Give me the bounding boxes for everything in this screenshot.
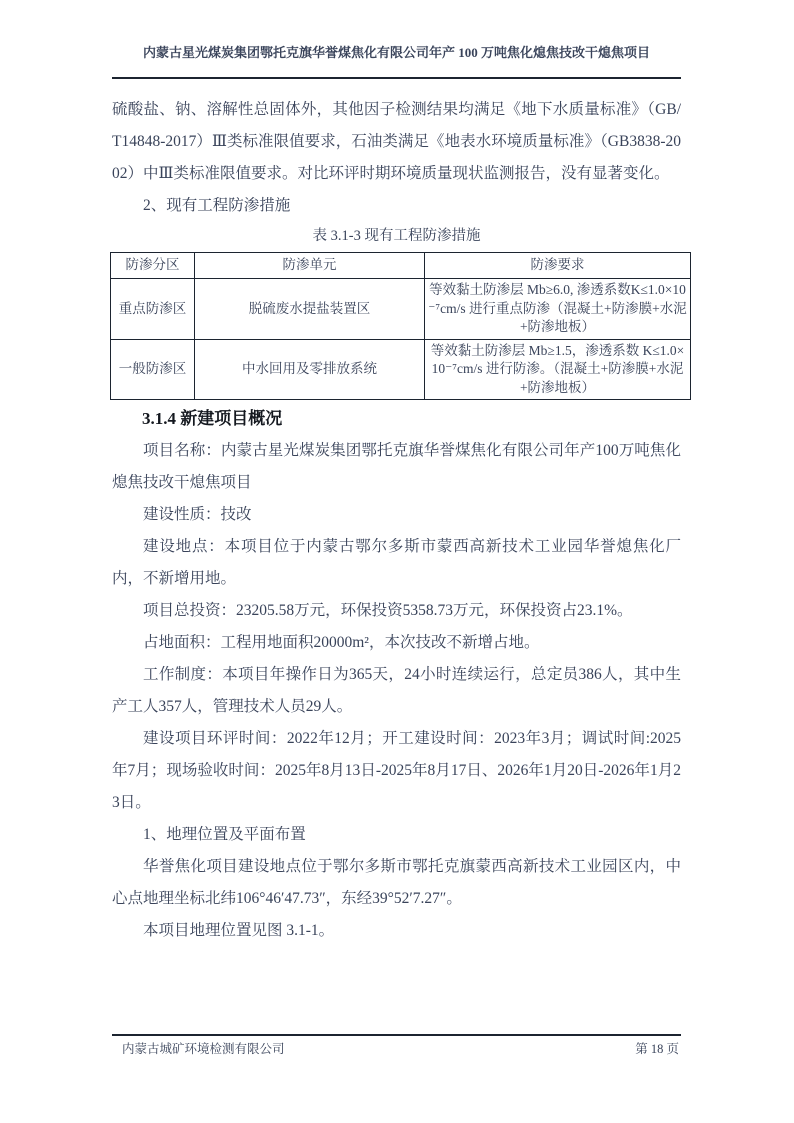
subsection-heading-seepage-measures: 2、现有工程防渗措施 — [112, 190, 681, 222]
paragraph-location-coordinates: 华誉焦化项目建设地点位于鄂尔多斯市鄂托克旗蒙西高新技术工业园区内，中心点地理坐标… — [112, 851, 681, 915]
table-header-zone: 防渗分区 — [111, 253, 195, 279]
table-header-row: 防渗分区 防渗单元 防渗要求 — [111, 253, 691, 279]
paragraph-project-name: 项目名称：内蒙古星光煤炭集团鄂托克旗华誉煤焦化有限公司年产100万吨焦化熄焦技改… — [112, 435, 681, 499]
table-cell-unit: 脱硫废水提盐装置区 — [195, 279, 425, 340]
section-heading-3-1-4: 3.1.4 新建项目概况 — [112, 405, 681, 433]
paragraph-total-investment: 项目总投资：23205.58万元，环保投资5358.73万元，环保投资占23.1… — [112, 595, 681, 627]
footer-company-name: 内蒙古城矿环境检测有限公司 — [112, 1041, 285, 1057]
footer-page-number: 第 18 页 — [635, 1041, 681, 1057]
table-row: 重点防渗区 脱硫废水提盐装置区 等效黏土防渗层 Mb≥6.0, 渗透系数K≤1.… — [111, 279, 691, 340]
table-cell-unit: 中水回用及零排放系统 — [195, 339, 425, 400]
paragraph-schedule: 建设项目环评时间：2022年12月；开工建设时间：2023年3月；调试时间:20… — [112, 723, 681, 819]
paragraph-location-figure-reference: 本项目地理位置见图 3.1-1。 — [112, 915, 681, 947]
page-header: 内蒙古星光煤炭集团鄂托克旗华誉煤焦化有限公司年产 100 万吨焦化熄焦技改干熄焦… — [112, 0, 681, 79]
table-cell-requirement: 等效黏土防渗层 Mb≥1.5，渗透系数 K≤1.0×10⁻⁷cm/s 进行防渗。… — [425, 339, 691, 400]
header-title: 内蒙古星光煤炭集团鄂托克旗华誉煤焦化有限公司年产 100 万吨焦化熄焦技改干熄焦… — [112, 45, 681, 61]
paragraph-construction-nature: 建设性质：技改 — [112, 499, 681, 531]
table-cell-zone: 一般防渗区 — [111, 339, 195, 400]
table-header-requirement: 防渗要求 — [425, 253, 691, 279]
table-cell-requirement: 等效黏土防渗层 Mb≥6.0, 渗透系数K≤1.0×10⁻⁷cm/s 进行重点防… — [425, 279, 691, 340]
paragraph-construction-site: 建设地点：本项目位于内蒙古鄂尔多斯市蒙西高新技术工业园华誉熄焦化厂内，不新增用地… — [112, 531, 681, 595]
paragraph-groundwater-result: 硫酸盐、钠、溶解性总固体外，其他因子检测结果均满足《地下水质量标准》（GB/T1… — [112, 94, 681, 190]
table-caption: 表 3.1-3 现有工程防渗措施 — [112, 224, 681, 248]
table-row: 一般防渗区 中水回用及零排放系统 等效黏土防渗层 Mb≥1.5，渗透系数 K≤1… — [111, 339, 691, 400]
page-content: 硫酸盐、钠、溶解性总固体外，其他因子检测结果均满足《地下水质量标准》（GB/T1… — [112, 94, 681, 947]
table-cell-zone: 重点防渗区 — [111, 279, 195, 340]
page-footer: 内蒙古城矿环境检测有限公司 第 18 页 — [112, 1034, 681, 1057]
paragraph-land-area: 占地面积：工程用地面积20000m²，本次技改不新增占地。 — [112, 627, 681, 659]
paragraph-work-system: 工作制度：本项目年操作日为365天，24小时连续运行，总定员386人，其中生产工… — [112, 659, 681, 723]
seepage-control-table: 防渗分区 防渗单元 防渗要求 重点防渗区 脱硫废水提盐装置区 等效黏土防渗层 M… — [110, 252, 691, 400]
table-header-unit: 防渗单元 — [195, 253, 425, 279]
document-page: 内蒙古星光煤炭集团鄂托克旗华誉煤焦化有限公司年产 100 万吨焦化熄焦技改干熄焦… — [0, 0, 794, 1123]
subsection-heading-location-layout: 1、地理位置及平面布置 — [112, 819, 681, 851]
